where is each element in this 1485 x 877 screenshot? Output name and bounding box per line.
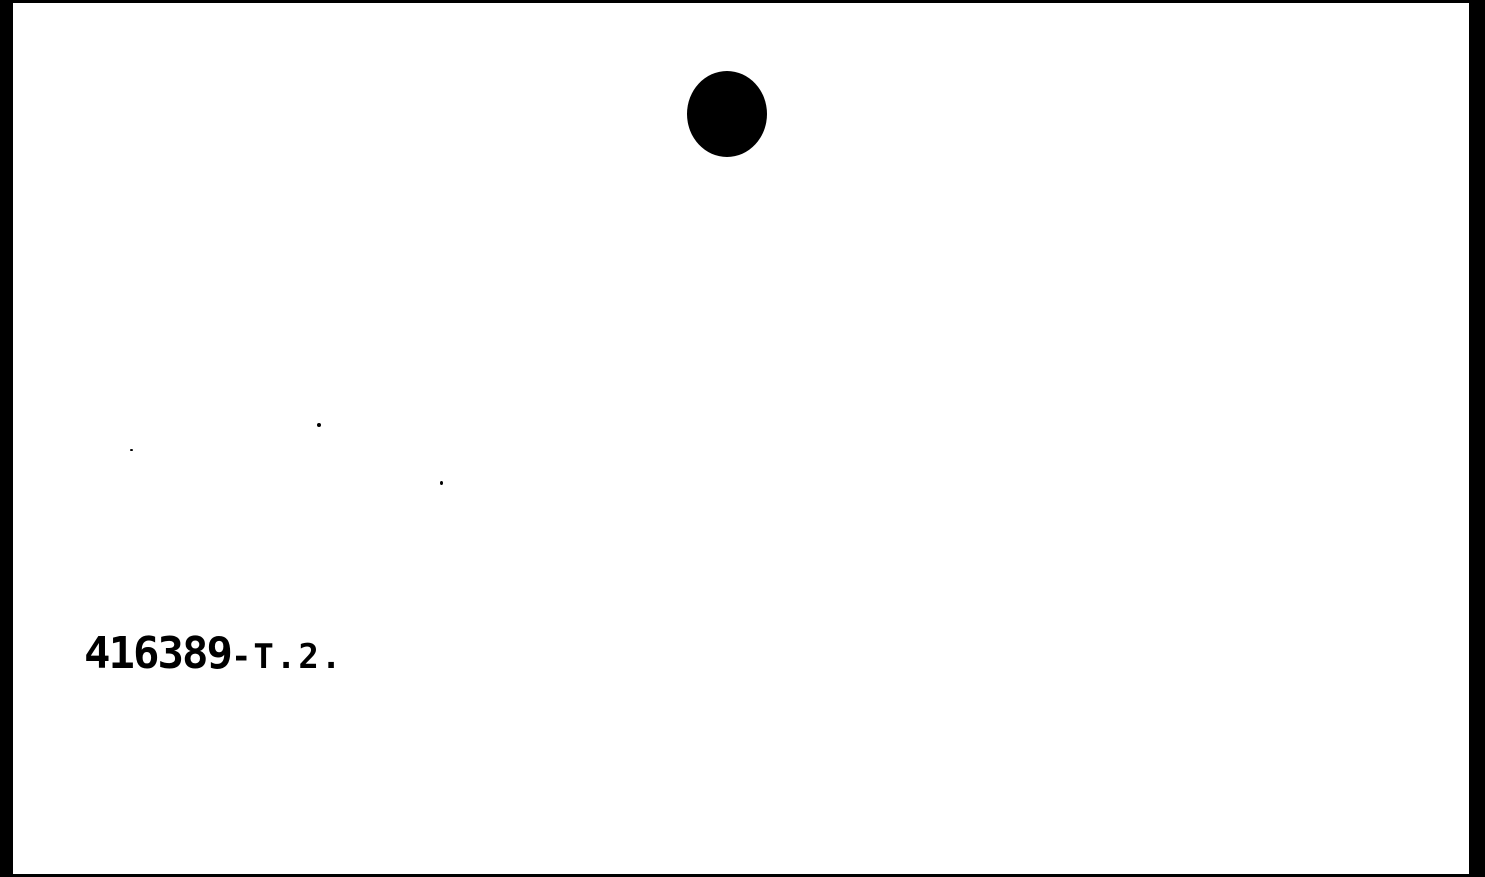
punch-hole: [687, 71, 767, 157]
card-number-label: 416389-T.2.: [84, 632, 343, 676]
scan-speck: [440, 481, 443, 485]
scan-speck: [317, 423, 321, 427]
card-suffix: -T.2.: [231, 637, 343, 677]
scan-speck: [130, 449, 133, 451]
card-number: 416389: [84, 628, 231, 679]
